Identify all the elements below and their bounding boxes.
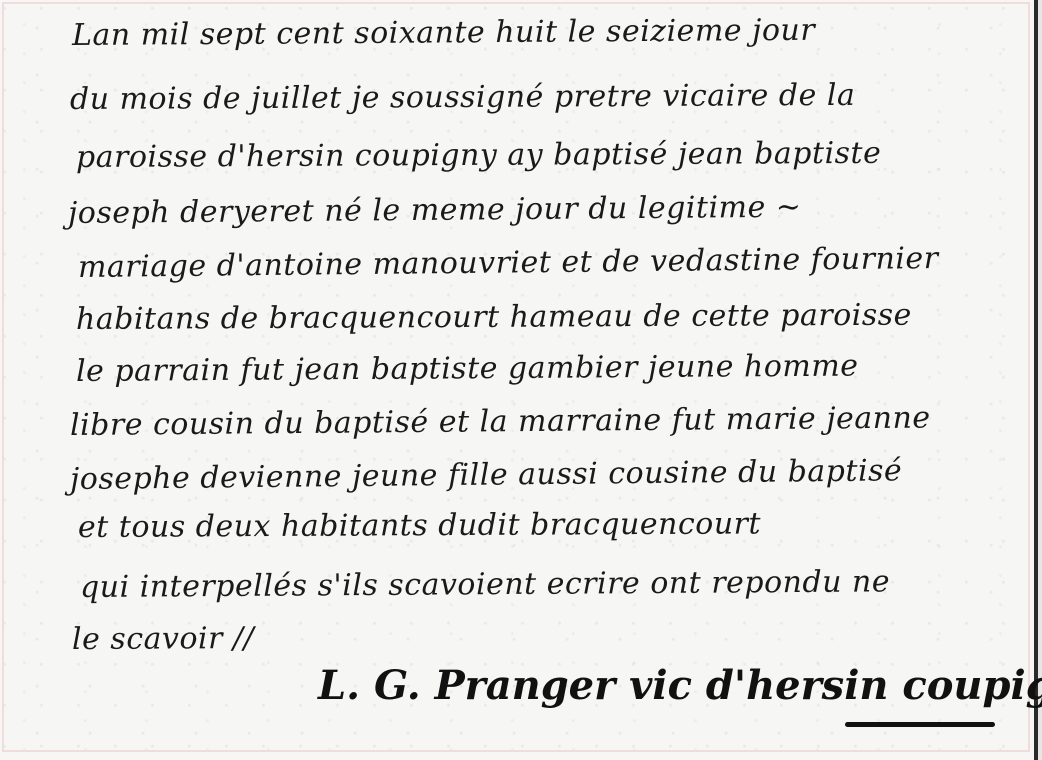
signature-flourish	[845, 722, 995, 727]
text-line-5: mariage d'antoine manouvriet et de vedas…	[78, 241, 939, 285]
text-line-8: libre cousin du baptisé et la marraine f…	[70, 400, 931, 443]
text-line-10: et tous deux habitants dudit bracquencou…	[78, 506, 761, 545]
priest-signature: L. G. Pranger vic d'hersin coupigny	[318, 662, 1042, 709]
text-line-3: paroisse d'hersin coupigny ay baptisé je…	[76, 136, 882, 175]
text-line-4: joseph deryeret né le meme jour du legit…	[68, 190, 802, 231]
scanned-page: Lan mil sept cent soixante huit le seizi…	[0, 0, 1042, 760]
text-line-2: du mois de juillet je soussigné pretre v…	[70, 78, 856, 117]
text-line-12: le scavoir //	[72, 621, 254, 657]
text-line-11: qui interpellés s'ils scavoient ecrire o…	[80, 564, 890, 605]
text-line-1: Lan mil sept cent soixante huit le seizi…	[72, 13, 815, 53]
text-line-7: le parrain fut jean baptiste gambier jeu…	[76, 349, 859, 389]
text-line-9: josephe devienne jeune fille aussi cousi…	[70, 453, 903, 497]
text-line-6: habitans de bracquencourt hameau de cett…	[76, 298, 912, 337]
handwritten-text-block: Lan mil sept cent soixante huit le seizi…	[0, 0, 1042, 760]
